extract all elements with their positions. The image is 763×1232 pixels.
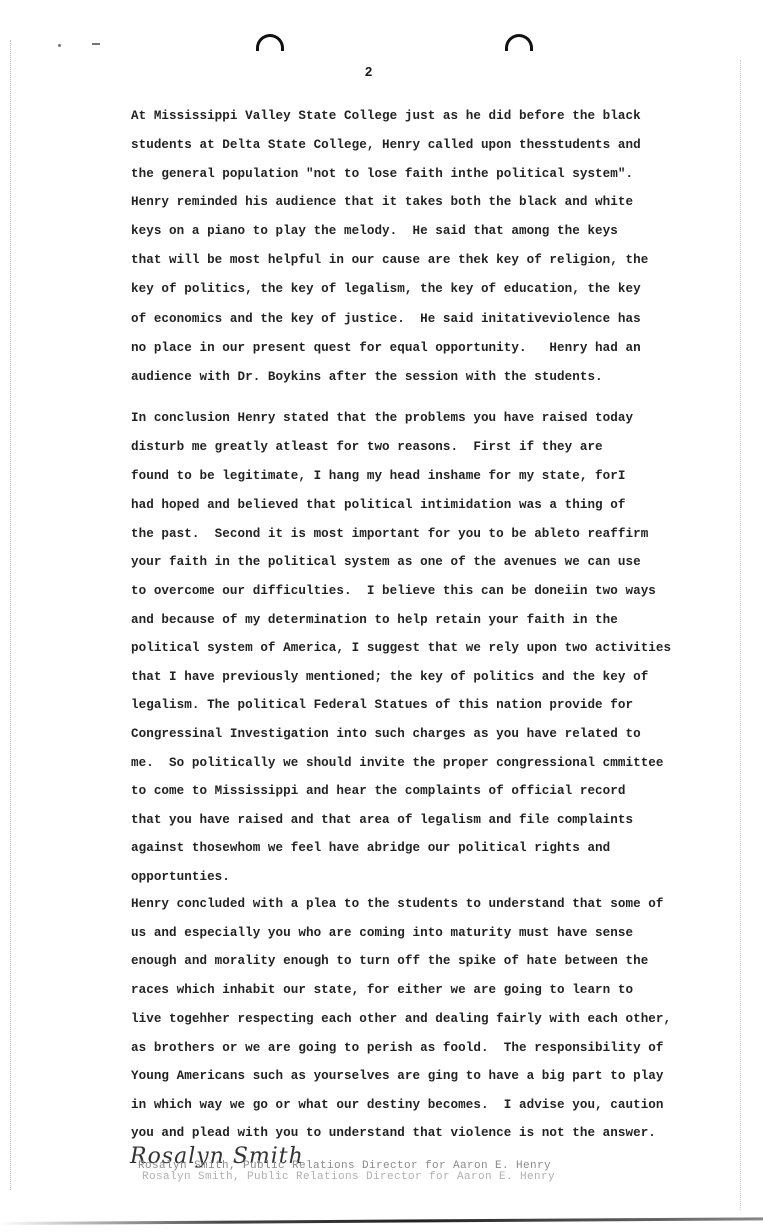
text-line: that you have raised and that area of le… [131, 814, 633, 827]
scan-speck [58, 44, 61, 47]
text-line: key of politics, the key of legalism, th… [131, 283, 641, 296]
scan-speck [92, 43, 100, 45]
text-line: found to be legitimate, I hang my head i… [131, 470, 626, 483]
left-margin-scan-artifact [10, 40, 12, 1190]
text-line: In conclusion Henry stated that the prob… [131, 412, 633, 425]
text-line: of economics and the key of justice. He … [131, 313, 641, 326]
text-line: Young Americans such as yourselves are g… [131, 1070, 664, 1083]
text-line: legalism. The political Federal Statues … [131, 699, 633, 712]
text-line: students at Delta State College, Henry c… [131, 139, 641, 152]
text-line: the general population "not to lose fait… [131, 168, 633, 181]
text-line: no place in our present quest for equal … [131, 342, 641, 355]
text-line: Congressinal Investigation into such cha… [131, 728, 641, 741]
binder-punch-mark-left [256, 34, 284, 51]
text-line: keys on a piano to play the melody. He s… [131, 225, 618, 238]
text-line: in which way we go or what our destiny b… [131, 1099, 664, 1112]
text-line: to come to Mississippi and hear the comp… [131, 785, 626, 798]
text-line: that will be most helpful in our cause a… [131, 254, 648, 267]
text-line: opportunties. [131, 871, 230, 884]
text-line: and because of my determination to help … [131, 614, 618, 627]
text-line: against thosewhom we feel have abridge o… [131, 842, 610, 855]
text-line: me. So politically we should invite the … [131, 757, 664, 770]
text-line: At Mississippi Valley State College just… [131, 110, 641, 123]
page-bottom-edge [0, 1217, 763, 1225]
text-line: political system of America, I suggest t… [131, 642, 671, 655]
text-line: to overcome our difficulties. I believe … [131, 585, 656, 598]
text-line: live togehher respecting each other and … [131, 1013, 671, 1026]
right-margin-scan-artifact [740, 60, 742, 1210]
text-line: Henry reminded his audience that it take… [131, 196, 633, 209]
text-line: you and plead with you to understand tha… [131, 1127, 656, 1140]
text-line: disturb me greatly atleast for two reaso… [131, 441, 603, 454]
text-line: Henry concluded with a plea to the stude… [131, 898, 664, 911]
page-number: 2 [365, 64, 372, 79]
text-line: us and especially you who are coming int… [131, 927, 633, 940]
text-line: enough and morality enough to turn off t… [131, 955, 648, 968]
text-line: the past. Second it is most important fo… [131, 528, 648, 541]
document-page: 2 At Mississippi Valley State College ju… [0, 0, 763, 1232]
text-line: your faith in the political system as on… [131, 556, 641, 569]
text-line: as brothers or we are going to perish as… [131, 1042, 664, 1055]
binder-punch-mark-right [505, 34, 533, 51]
text-line: races which inhabit our state, for eithe… [131, 984, 633, 997]
text-line: had hoped and believed that political in… [131, 499, 626, 512]
typed-signature-line-overstrike: Rosalyn Smith, Public Relations Director… [142, 1171, 555, 1183]
text-line: that I have previously mentioned; the ke… [131, 671, 648, 684]
text-line: audience with Dr. Boykins after the sess… [131, 371, 603, 384]
